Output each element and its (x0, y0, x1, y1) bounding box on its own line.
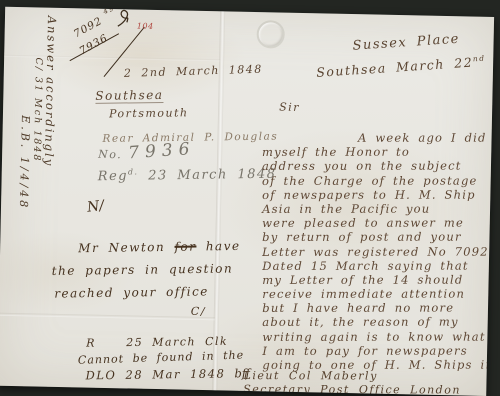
letter-body: A week ago I did myself the Honor to add… (262, 131, 494, 373)
heading-date-pre: Southsea March 22 (316, 55, 474, 80)
struck-word: for (174, 240, 196, 254)
reg-superscript: d. (128, 167, 139, 176)
letter-line: were pleased to answer me (262, 216, 494, 231)
letter-line: A week ago I did (262, 131, 494, 146)
footer-addressee-title: Secretary Post Office London (243, 383, 461, 396)
newton-note-line3: reached your office (54, 284, 209, 300)
red-docket-number: 104 (137, 22, 154, 31)
registration-number: 7936 (128, 139, 196, 163)
reg-word: Reg (98, 169, 129, 184)
footer-addressee-name: Lieut Col Maberly (244, 369, 378, 382)
letter-line: Letter was registered No 7092 (262, 244, 494, 259)
letter-line: Dated 15 March saying that (262, 258, 494, 273)
dlo-date-line: 25 March Clk (126, 335, 228, 349)
registration-no-label: No. (98, 148, 122, 162)
clerk-initials: C/ (191, 305, 206, 318)
photo-scene: Answer accordingly C/ 31 Mch 1848 E.B. 1… (0, 0, 500, 396)
salutation: Sir (279, 101, 300, 114)
docket-small-number: 49 (102, 7, 116, 16)
heading-date-sup: nd (473, 54, 486, 64)
letter-line: my Letter of the 14 should (262, 272, 494, 287)
letter-line: of newspapers to H. M. Ship (262, 187, 494, 202)
letter-line: writing again is to know what (262, 329, 494, 344)
margin-notes-rotated: Answer accordingly C/ 31 Mch 1848 E.B. 1… (17, 15, 59, 231)
letter-line: by return of post and your (262, 230, 494, 245)
newton-name: Mr Newton (78, 240, 165, 255)
embossed-seal-icon (256, 20, 285, 49)
dlo-date: DLO 28 Mar 1848 (85, 366, 225, 382)
dlo-stamp-line: DLO 28 Mar 1848 bff (85, 366, 250, 382)
paraph-scribble-icon (115, 8, 133, 30)
letter-line: but I have heard no more (262, 301, 494, 316)
dlo-cannot-line: Cannot be found in the (78, 349, 245, 367)
docket-address-southsea: Southsea (95, 88, 163, 104)
registration-line: Regd. 23 March 1848 (98, 165, 277, 184)
reg-date: 23 March 1848 (148, 167, 277, 184)
letter-line: receive immediate attention (262, 287, 494, 302)
heading-date-post: 1848 (485, 51, 494, 69)
letter-line: myself the Honor to (262, 145, 494, 160)
newton-note-line2: the papers in question (52, 261, 234, 278)
newton-note-line1: Mr Newton for have (78, 239, 241, 255)
letter-heading-place: Sussex Place (352, 32, 460, 54)
docket-date-line: 2 2nd March 1848 (124, 63, 263, 80)
newton-word-have: have (206, 239, 241, 253)
dlo-initial: R (86, 337, 96, 350)
letter-paper: Answer accordingly C/ 31 Mch 1848 E.B. 1… (0, 7, 494, 396)
letter-line: Asia in the Pacific you (262, 201, 494, 216)
horizontal-crease (0, 313, 215, 321)
letter-line: address you on the subject (262, 159, 494, 174)
letter-heading-date: Southsea March 22nd 1848 (316, 50, 494, 80)
letter-line: I am to pay for newspapers (262, 343, 494, 358)
letter-line: about it, the reason of my (262, 315, 494, 330)
letter-line: of the Charge of the postage (262, 173, 494, 188)
docket-address-portsmouth: Portsmouth (109, 106, 189, 120)
clerk-monogram: N/ (86, 198, 105, 216)
